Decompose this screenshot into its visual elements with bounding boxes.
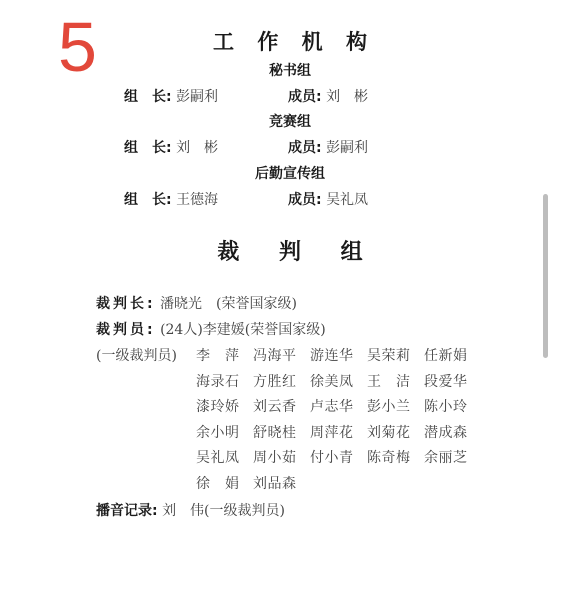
referee-name: 方胜红 xyxy=(253,371,310,397)
referee-name: 李 萍 xyxy=(196,345,253,371)
referee-name: 卢志华 xyxy=(310,396,367,422)
referee-name: 付小青 xyxy=(310,447,367,473)
referee-name: 刘云香 xyxy=(253,396,310,422)
chief-referee-label: 裁判长: xyxy=(96,296,156,312)
name-row: 余小明 舒晓桂 周萍花 刘菊花 潜成森 xyxy=(196,422,481,448)
member-label: 成员: xyxy=(288,89,322,105)
group-title-competition: 竞赛组 xyxy=(0,111,580,131)
referee-name: 徐 娟 xyxy=(196,473,253,499)
referee-name: 周小茹 xyxy=(253,447,310,473)
leader-name: 王德海 xyxy=(176,192,218,208)
referee-name: 吴礼凤 xyxy=(196,447,253,473)
referee-name: 潜成森 xyxy=(424,422,481,448)
referee-name: 吴荣莉 xyxy=(367,345,424,371)
referee-name: 陈小玲 xyxy=(424,396,481,422)
referees-label: 裁判员: xyxy=(96,322,156,338)
broadcast-recorder-row: 播音记录: 刘 伟(一级裁判员) xyxy=(96,500,285,520)
referee-name: 陈奇梅 xyxy=(367,447,424,473)
group-member-row-secretariat: 成员: 刘 彬 xyxy=(288,86,368,106)
section-title-work-organization: 工 作 机 构 xyxy=(0,26,580,56)
grade-label-first-class: (一级裁判员) xyxy=(96,345,177,365)
name-row: 李 萍 冯海平 游连华 吴荣莉 任新娟 xyxy=(196,345,481,371)
referee-name: 任新娟 xyxy=(424,345,481,371)
referee-name: 余小明 xyxy=(196,422,253,448)
group-member-row-competition: 成员: 彭嗣利 xyxy=(288,137,368,157)
broadcast-recorder-label: 播音记录: xyxy=(96,503,158,519)
referee-name: 冯海平 xyxy=(253,345,310,371)
referee-name: 游连华 xyxy=(310,345,367,371)
chief-referee-row: 裁判长: 潘晓光 (荣誉国家级) xyxy=(96,293,297,313)
broadcast-recorder-value: 刘 伟(一级裁判员) xyxy=(162,503,285,519)
referee-name: 王 洁 xyxy=(367,371,424,397)
name-row: 海录石 方胜红 徐美凤 王 洁 段爱华 xyxy=(196,371,481,397)
leader-label: 组 长: xyxy=(124,192,172,208)
member-name: 吴礼凤 xyxy=(326,192,368,208)
name-row: 徐 娟 刘品森 xyxy=(196,473,481,499)
member-name: 刘 彬 xyxy=(326,89,368,105)
referee-name: 漆玲娇 xyxy=(196,396,253,422)
member-label: 成员: xyxy=(288,140,322,156)
name-row: 漆玲娇 刘云香 卢志华 彭小兰 陈小玲 xyxy=(196,396,481,422)
referees-value: (24人)李建媛(荣誉国家级) xyxy=(160,322,326,338)
referees-row: 裁判员: (24人)李建媛(荣誉国家级) xyxy=(96,319,326,339)
group-title-logistics: 后勤宣传组 xyxy=(0,163,580,183)
member-label: 成员: xyxy=(288,192,322,208)
group-leader-row-logistics: 组 长: 王德海 xyxy=(124,189,218,209)
referee-name: 周萍花 xyxy=(310,422,367,448)
leader-label: 组 长: xyxy=(124,89,172,105)
group-leader-row-competition: 组 长: 刘 彬 xyxy=(124,137,218,157)
referee-name-grid: 李 萍 冯海平 游连华 吴荣莉 任新娟 海录石 方胜红 徐美凤 王 洁 段爱华 … xyxy=(196,345,481,498)
referee-name: 余丽芝 xyxy=(424,447,481,473)
referee-name: 段爱华 xyxy=(424,371,481,397)
chief-referee-value: 潘晓光 (荣誉国家级) xyxy=(160,296,297,312)
referee-name: 刘菊花 xyxy=(367,422,424,448)
group-leader-row-secretariat: 组 长: 彭嗣利 xyxy=(124,86,218,106)
leader-label: 组 长: xyxy=(124,140,172,156)
group-title-secretariat: 秘书组 xyxy=(0,60,580,80)
referee-name: 刘品森 xyxy=(253,473,310,499)
leader-name: 彭嗣利 xyxy=(176,89,218,105)
name-row: 吴礼凤 周小茹 付小青 陈奇梅 余丽芝 xyxy=(196,447,481,473)
referee-name: 徐美凤 xyxy=(310,371,367,397)
referee-name: 海录石 xyxy=(196,371,253,397)
referee-name: 舒晓桂 xyxy=(253,422,310,448)
section-title-referee-group: 裁 判 组 xyxy=(0,235,580,266)
member-name: 彭嗣利 xyxy=(326,140,368,156)
referee-name: 彭小兰 xyxy=(367,396,424,422)
vertical-scrollbar[interactable] xyxy=(543,194,548,358)
group-member-row-logistics: 成员: 吴礼凤 xyxy=(288,189,368,209)
leader-name: 刘 彬 xyxy=(176,140,218,156)
